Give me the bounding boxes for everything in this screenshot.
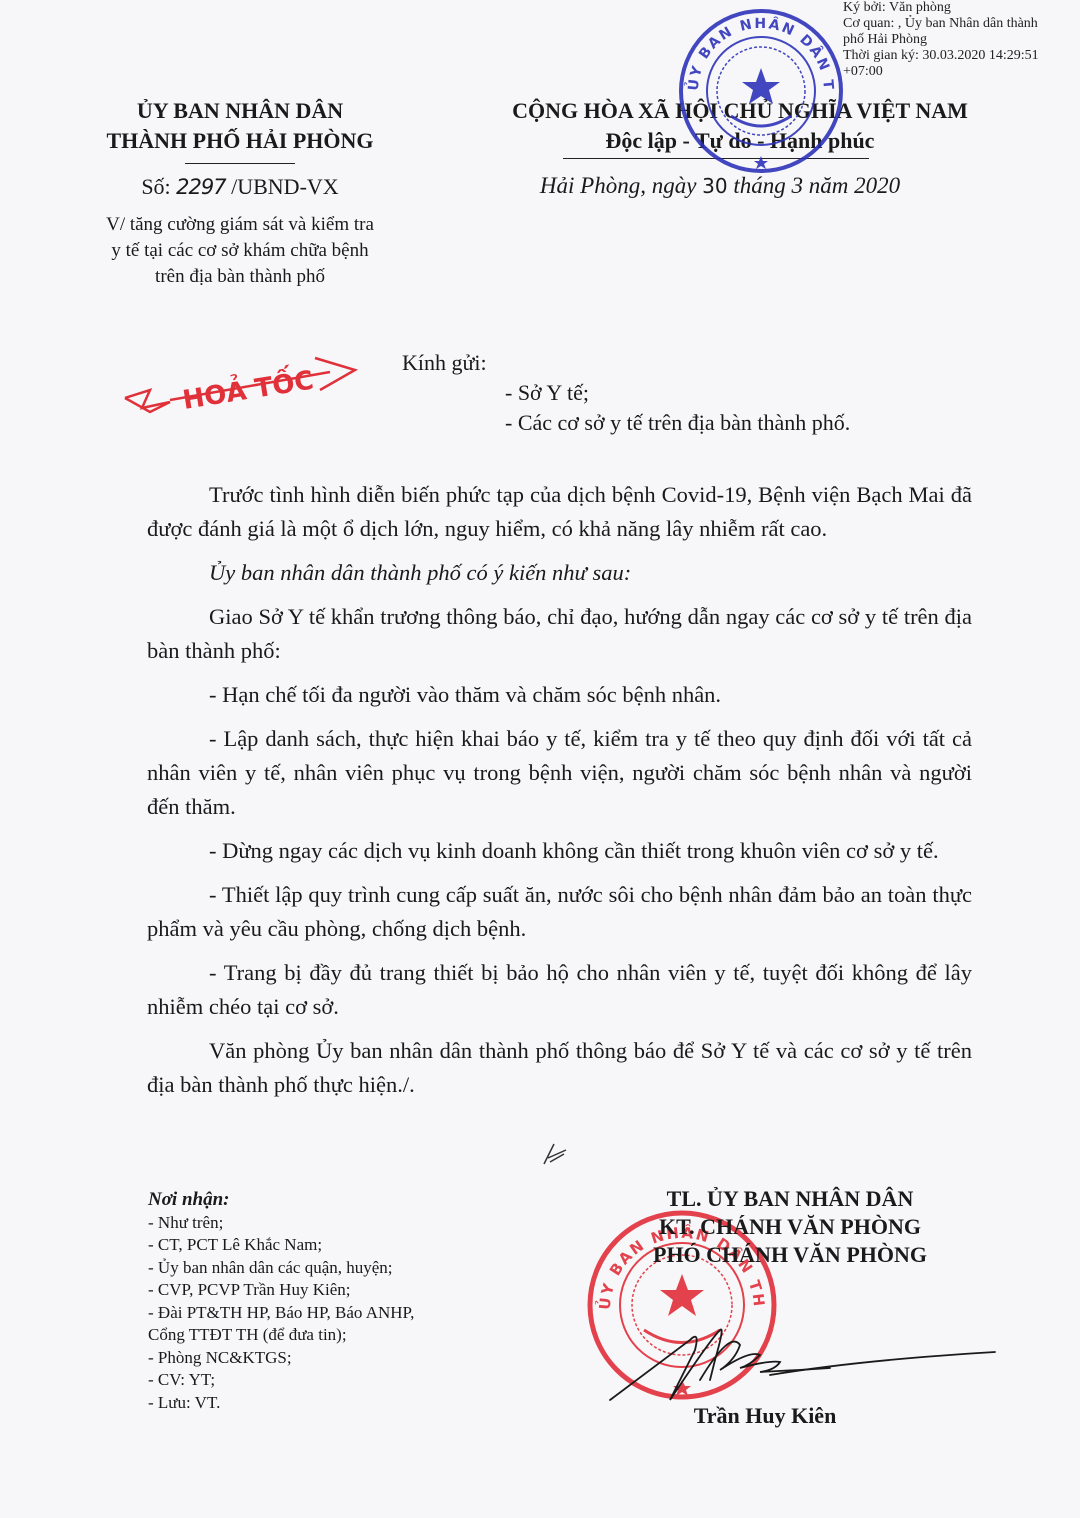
distribution-item: - Lưu: VT. <box>148 1392 414 1415</box>
distribution-item: - CVP, PCVP Trần Huy Kiên; <box>148 1279 414 1302</box>
signer-name: Trần Huy Kiên <box>590 1403 940 1429</box>
document-subject: V/ tăng cường giám sát và kiểm tra y tế … <box>60 212 420 290</box>
signature-meta-line: phố Hải Phòng <box>843 32 1078 48</box>
body-paragraph: Trước tình hình diễn biến phức tạp của d… <box>147 478 972 546</box>
org-line-2: THÀNH PHỐ HẢI PHÒNG <box>60 126 420 156</box>
distribution-item: - Như trên; <box>148 1212 414 1235</box>
number-prefix: Số: <box>141 174 176 199</box>
signature-meta-line: Thời gian ký: 30.03.2020 14:29:51 <box>843 48 1078 64</box>
handwritten-signature-icon <box>600 1300 1000 1410</box>
digital-signature-info: Ký bởi: Văn phòng Cơ quan: , Ủy ban Nhân… <box>843 0 1078 80</box>
document-body: Trước tình hình diễn biến phức tạp của d… <box>147 478 972 1112</box>
distribution-title: Nơi nhận: <box>148 1189 414 1212</box>
number-handwritten: 2297 <box>176 175 225 199</box>
date-day-handwritten: 30 <box>702 174 727 198</box>
recipient-item: - Sở Y tế; <box>505 378 850 408</box>
signature-meta-line: +07:00 <box>843 64 1078 80</box>
document-number: Số: 2297 /UBND-VX <box>60 172 420 202</box>
body-directive: - Dừng ngay các dịch vụ kinh doanh không… <box>147 834 972 868</box>
urgent-stamp-icon: HOẢ TỐC <box>120 350 360 420</box>
distribution-list: Nơi nhận: - Như trên; - CT, PCT Lê Khắc … <box>148 1189 414 1414</box>
body-directive: - Lập danh sách, thực hiện khai báo y tế… <box>147 722 972 824</box>
date-prefix: Hải Phòng, ngày <box>540 173 702 198</box>
initial-mark-icon <box>540 1140 570 1166</box>
distribution-item: - Phòng NC&KTGS; <box>148 1347 414 1370</box>
svg-text:ỦY BAN NHÂN DÂN THÀNH PHỐ HẢI: ỦY BAN NHÂN DÂN THÀNH PHỐ HẢI PHÒNG <box>676 6 836 92</box>
body-closing: Văn phòng Ủy ban nhân dân thành phố thôn… <box>147 1034 972 1102</box>
body-directive: - Hạn chế tối đa người vào thăm và chăm … <box>147 678 972 712</box>
recipient-item: - Các cơ sở y tế trên địa bàn thành phố. <box>505 408 850 438</box>
signature-block: TL. ỦY BAN NHÂN DÂN KT. CHÁNH VĂN PHÒNG … <box>590 1185 990 1269</box>
body-paragraph-opinion: Ủy ban nhân dân thành phố có ý kiến như … <box>147 556 972 590</box>
recipients-list: - Sở Y tế; - Các cơ sở y tế trên địa bàn… <box>505 378 850 438</box>
svg-text:HOẢ TỐC: HOẢ TỐC <box>180 360 316 416</box>
org-line-1: ỦY BAN NHÂN DÂN <box>60 96 420 126</box>
distribution-item: - CV: YT; <box>148 1369 414 1392</box>
issuing-organization: ỦY BAN NHÂN DÂN THÀNH PHỐ HẢI PHÒNG <box>60 96 420 156</box>
distribution-item: - Ủy ban nhân dân các quận, huyện; <box>148 1257 414 1280</box>
distribution-item: Cổng TTĐT TH (để đưa tin); <box>148 1324 414 1347</box>
signature-authority-line: PHÓ CHÁNH VĂN PHÒNG <box>590 1241 990 1269</box>
signature-meta-line: Cơ quan: , Ủy ban Nhân dân thành <box>843 16 1078 32</box>
date-suffix: tháng 3 năm 2020 <box>728 173 901 198</box>
subject-line: y tế tại các cơ sở khám chữa bệnh <box>60 238 420 264</box>
distribution-item: - Đài PT&TH HP, Báo HP, Báo ANHP, <box>148 1302 414 1325</box>
subject-line: V/ tăng cường giám sát và kiểm tra <box>60 212 420 238</box>
body-paragraph: Giao Sở Y tế khẩn trương thông báo, chỉ … <box>147 600 972 668</box>
header-divider-left <box>185 163 295 164</box>
signature-authority-line: TL. ỦY BAN NHÂN DÂN <box>590 1185 990 1213</box>
subject-line: trên địa bàn thành phố <box>60 264 420 290</box>
body-directive: - Trang bị đầy đủ trang thiết bị bảo hộ … <box>147 956 972 1024</box>
blue-seal-stamp-icon: ỦY BAN NHÂN DÂN THÀNH PHỐ HẢI PHÒNG <box>676 6 846 176</box>
signature-meta-line: Ký bởi: Văn phòng <box>843 0 1078 16</box>
number-suffix: /UBND-VX <box>226 174 339 199</box>
signature-authority-line: KT. CHÁNH VĂN PHÒNG <box>590 1213 990 1241</box>
greeting: Kính gửi: <box>402 348 487 378</box>
body-directive: - Thiết lập quy trình cung cấp suất ăn, … <box>147 878 972 946</box>
distribution-item: - CT, PCT Lê Khắc Nam; <box>148 1234 414 1257</box>
